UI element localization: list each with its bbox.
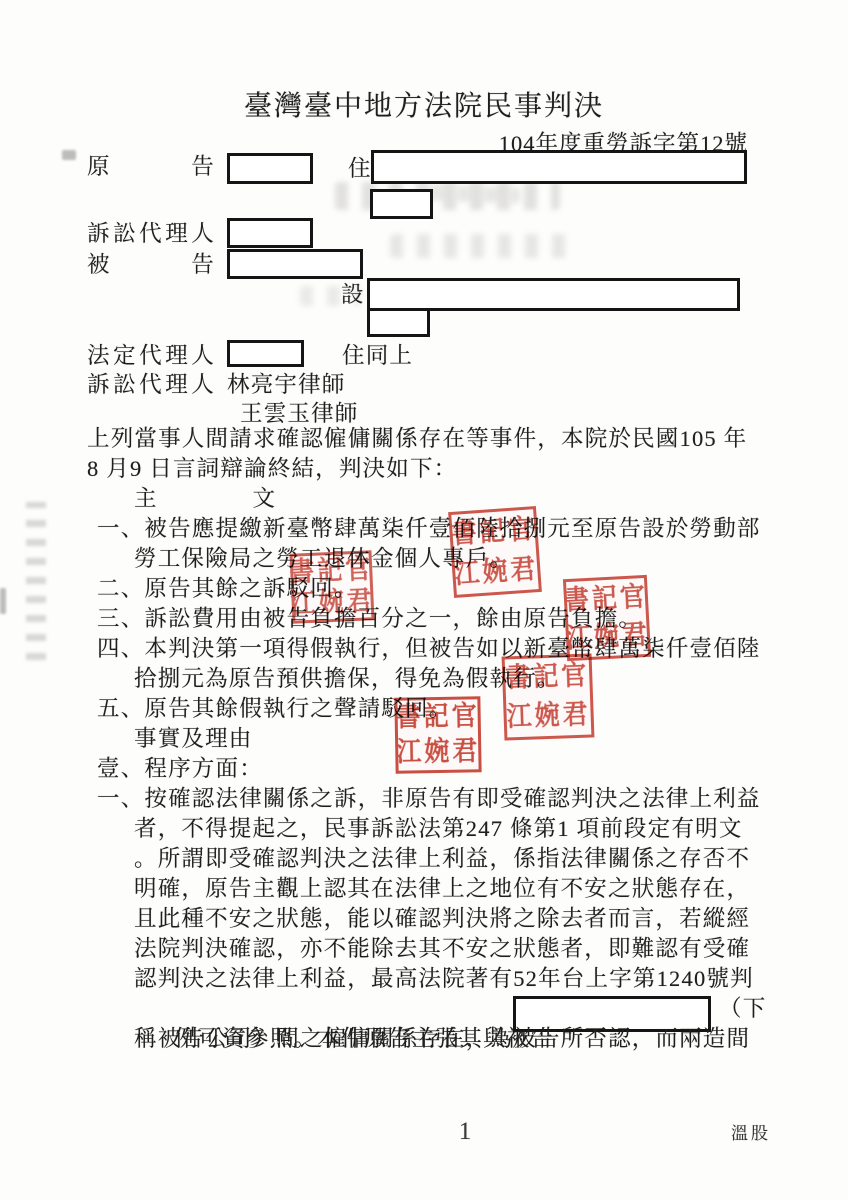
body-line: 二、原告其餘之訴駁回。: [87, 574, 787, 604]
body-line: 一、按確認法律關係之訴，非原告有即受確認判決之法律上利益: [87, 784, 787, 814]
redaction-box-plaintiff-name: [227, 153, 313, 184]
body-line: 拾捌元為原告預供擔保，得免為假執行。: [87, 664, 787, 694]
body-line: 勞工保險局之勞工退休金個人專戶。: [87, 544, 787, 574]
body-line: 三、訴訟費用由被告負擔百分之一，餘由原告負擔。: [87, 604, 787, 634]
plaintiff-label: 原告: [87, 152, 215, 182]
scan-artifact: [430, 184, 521, 203]
clerk-seal-stamp: 書記官 江婉君: [563, 575, 651, 661]
body-line: 認判決之法律上利益，最高法院著有52年台上字第1240號判: [87, 964, 787, 994]
redaction-box-plaintiff-address: [371, 150, 747, 184]
lawyer-name-1: 林亮宇律師: [227, 370, 346, 400]
scan-artifact-margin: [26, 502, 46, 660]
seat-label: 設: [341, 280, 365, 310]
body-line: 上列當事人間請求確認僱傭關係存在等事件，本院於民國105 年: [87, 424, 787, 454]
stamp-title: 書記官: [395, 703, 479, 731]
scan-speck: [0, 588, 6, 614]
stamp-title: 書記官: [289, 556, 374, 587]
redaction-box-defendant-address: [367, 278, 740, 311]
body-line: 法院判決確認，亦不能除去其不安之狀態者，即難認有受確: [87, 934, 787, 964]
body-line: 。所謂即受確認判決之法律上利益，係指法律關係之存否不: [87, 844, 787, 874]
legal-rep-label: 法定代理人: [87, 341, 215, 371]
defendant-label: 被告: [87, 250, 215, 280]
clerk-seal-stamp: 書記官 江婉君: [448, 506, 542, 598]
redaction-box-small-1: [370, 189, 433, 219]
stamp-name: 江婉君: [565, 621, 650, 652]
body-line: 四、本判決第一項得假執行，但被告如以新臺幣肆萬柒仟壹佰陸: [87, 634, 787, 664]
main-text-heading: 主 文: [87, 484, 787, 514]
redaction-box-small-2: [367, 308, 430, 337]
stamp-title: 書記官: [563, 583, 648, 614]
judgment-page: 臺灣臺中地方法院民事判決 104年度重勞訴字第12號 原告 住 訴訟代理人 被告…: [0, 0, 848, 1200]
scan-artifact: [390, 234, 575, 258]
stamp-name: 江婉君: [506, 702, 591, 732]
clerk-seal-stamp: 書記官 江婉君: [502, 653, 595, 740]
body-line-with-redaction: 例可資參照。本件原告主張其與被告 （下: [87, 994, 787, 1024]
redaction-box-agent-name: [227, 218, 313, 248]
stamp-name: 江婉君: [396, 738, 480, 766]
body-line-suffix: （下: [719, 994, 766, 1024]
stamp-title: 書記官: [505, 663, 590, 693]
page-number: 1: [440, 1118, 490, 1146]
body-line: 稱被告公司）間之僱傭關係存在，為被告所否認，而兩造間: [87, 1024, 787, 1054]
stamp-title: 書記官: [451, 516, 537, 549]
clerk-seal-stamp: 書記官 江婉君: [290, 550, 375, 624]
body-line: 者，不得提起之，民事訴訟法第247 條第1 項前段定有明文: [87, 814, 787, 844]
clerk-seal-stamp: 書記官 江婉君: [394, 696, 481, 773]
agent-label-top: 訴訟代理人: [87, 219, 215, 249]
body-line: 一、被告應提繳新臺幣肆萬柒仟壹佰陸拾捌元至原告設於勞動部: [87, 514, 787, 544]
redaction-box-defendant-name: [227, 249, 363, 279]
redaction-box-legal-rep-name: [227, 340, 304, 367]
stamp-name: 江婉君: [454, 556, 540, 589]
page-title: 臺灣臺中地方法院民事判決: [0, 84, 848, 124]
residence-same-as-above: 住同上: [342, 341, 413, 371]
body-line: 且此種不安之狀態，能以確認判決將之除去者而言，若縱經: [87, 904, 787, 934]
body-line: 明確，原告主觀上認其在法律上之地位有不安之狀態存在，: [87, 874, 787, 904]
clerk-division-label: 溫股: [731, 1119, 771, 1144]
agent-label-bottom: 訴訟代理人: [87, 370, 215, 400]
residence-label: 住: [348, 154, 372, 184]
stamp-name: 江婉君: [290, 588, 375, 619]
body-line: 8 月9 日言詞辯論終結，判決如下：: [87, 454, 787, 484]
